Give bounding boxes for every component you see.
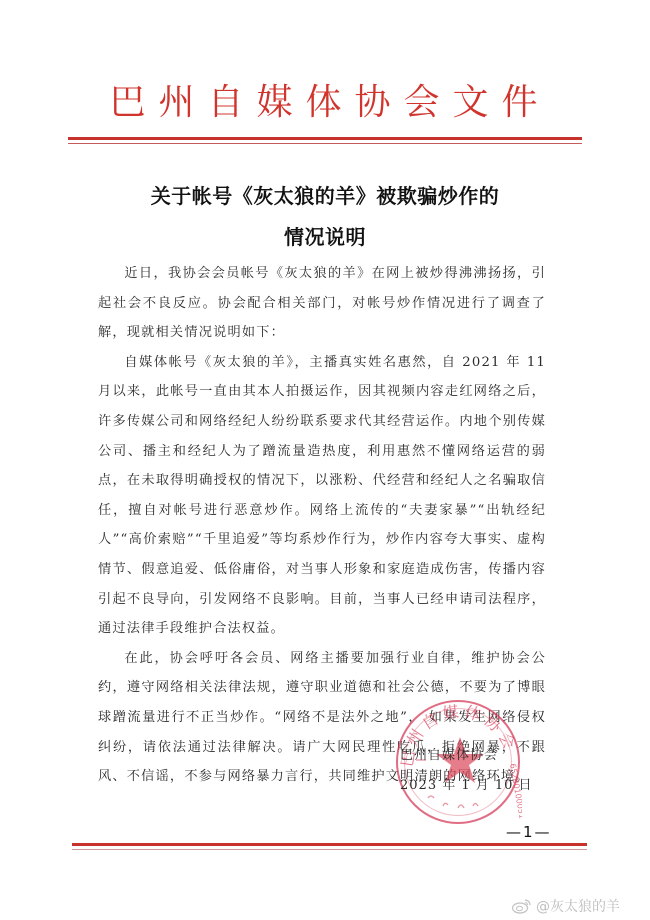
signature-date: 2023 年 1 月 10 日 [400, 774, 533, 793]
paragraph-intro: 近日，我协会会员帐号《灰太狼的羊》在网上被炒得沸沸扬扬，引起社会不良反应。协会配… [98, 259, 546, 348]
paragraph-details: 自媒体帐号《灰太狼的羊》，主播真实姓名惠然，自 2021 年 11 月以来，此帐… [98, 348, 546, 644]
weibo-watermark: @灰太狼的羊 [512, 896, 620, 916]
watermark-handle: @灰太狼的羊 [536, 896, 620, 916]
document-title-line2: 情况说明 [0, 221, 650, 250]
masthead-rule-thin [68, 143, 582, 144]
masthead-title: 巴州自媒体协会文件 [0, 78, 650, 128]
masthead-rule-thick [68, 137, 582, 140]
document-title-line1: 关于帐号《灰太狼的羊》被欺骗炒作的 [0, 180, 650, 209]
page-number: —1— [506, 823, 552, 841]
document-page: 巴州自媒体协会文件 关于帐号《灰太狼的羊》被欺骗炒作的 情况说明 近日，我协会会… [0, 0, 650, 920]
footer-rule-thin [72, 849, 587, 850]
footer-rule-thick [72, 843, 587, 846]
signature-organization: 巴州自媒体协会 [400, 744, 498, 763]
weibo-logo-icon [512, 898, 532, 914]
